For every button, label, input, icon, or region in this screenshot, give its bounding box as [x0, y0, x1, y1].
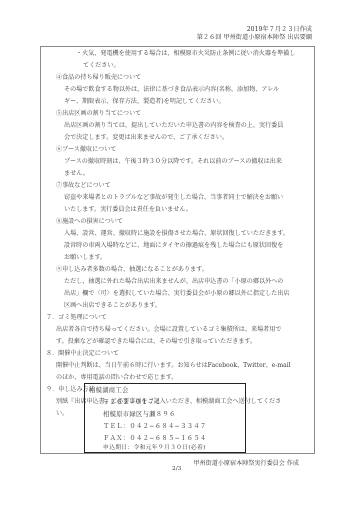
- body-line: いたします。実行委員会は責任を負いません。: [64, 206, 192, 214]
- body-line: 設営時の車両入場時などに、地面にタイヤの擦過痕を残した場合にも原状回復を: [64, 242, 283, 250]
- body-line: ギー、期限表示、保存方法、製造者)を明記してください。: [64, 98, 225, 106]
- contact-org: 相模湖商工会: [89, 387, 129, 395]
- document-title: 第２６回 甲州街道小原宿本陣祭 出店要綱: [197, 34, 312, 42]
- contact-address: 相模原市緑区与瀬８９６: [103, 411, 176, 419]
- body-line: す。投棄などが確認できた場合には、その場で引き取っていただきます。: [56, 338, 256, 346]
- page-number: 2/3: [172, 466, 181, 472]
- contact-tel: ＴＥＬ：０４２−６８４−３３４７: [103, 423, 207, 431]
- body-line: ⑥ブース撤収について: [56, 146, 116, 154]
- body-line: 開催中止判断は、当日午前６時に行います。お知らせはFacebook、Twitte…: [56, 362, 291, 370]
- body-line: ８．開催中止決定について: [46, 350, 119, 358]
- body-line: 会で決定します。変更は出来ませんので、ご了承ください。: [64, 134, 228, 142]
- body-line: お願いします。: [64, 254, 106, 262]
- body-line: ⑧施設への損害について: [56, 218, 123, 226]
- body-line: てください。: [83, 62, 120, 70]
- footer-author: 甲州街道小原宿本陣祭実行委員会 作成: [193, 458, 299, 467]
- body-line: ７．ゴミ処理について: [46, 314, 107, 322]
- body-line: ただし、抽選に外れた場合出店出来ませんが、出店申込書の「小原の郷以外への: [64, 278, 283, 286]
- body-line: ません。: [64, 170, 89, 178]
- document-date: 2019年７月２３日作成: [247, 26, 312, 34]
- body-line: ⑦事故などについて: [56, 182, 111, 190]
- body-line: ⑨申し込み者多数の場合、抽選になることがあります。: [56, 266, 208, 274]
- body-line: 入場、設営、運営、撤収時に施設を損傷させた場合、原状回復していただきます。: [64, 230, 289, 238]
- contact-deadline: 申込期日：令和元年９月３０日(必着): [103, 444, 206, 452]
- body-line: い。: [56, 410, 68, 418]
- body-line: 窃盗や来場者とのトラブルなど事故が発生した場合、当事者同士で解決をお願い: [64, 194, 283, 202]
- body-line: ⑤出店区画の割り当てについて: [56, 110, 141, 118]
- contact-fax: ＦＡＸ：０４２−６８５−１６５４: [103, 435, 207, 443]
- body-line: 区画へ出店できることがあります。: [64, 302, 161, 310]
- body-line: のほか、専用電話の問い合わせで応じます。: [56, 374, 177, 382]
- body-line: 出店者各自で持ち帰ってください。会場に設置しているゴミ集積所は、来場者用で: [56, 326, 281, 334]
- contact-box: 相模湖商工会 〒２５２−０１７１ 相模原市緑区与瀬８９６ ＴＥＬ：０４２−６８４…: [84, 383, 246, 453]
- body-line: ・火気、発電機を使用する場合は、相模原市火災防止条例に従い消火器を準備し: [76, 50, 295, 58]
- body-line: ④食品の持ち帰り販売について: [56, 74, 141, 82]
- body-line: 出店」欄で〈可〉を選択していた場合、実行委員会が小原の郷以外に指定した出店: [64, 290, 289, 298]
- body-line: 出店区画の割り当ては、提出していただいた申込書の内容を検査の上、実行委員: [64, 122, 283, 130]
- contact-postal: 〒２５２−０１７１: [103, 399, 161, 407]
- body-line: ブースの撤収時刻は、午後３時３０分以降です。それ以前のブースの撤収は出来: [64, 158, 282, 166]
- body-line: その場で飲食する物以外は、法律に基づき食品表示内容(名称、添加物、アレル: [64, 86, 279, 94]
